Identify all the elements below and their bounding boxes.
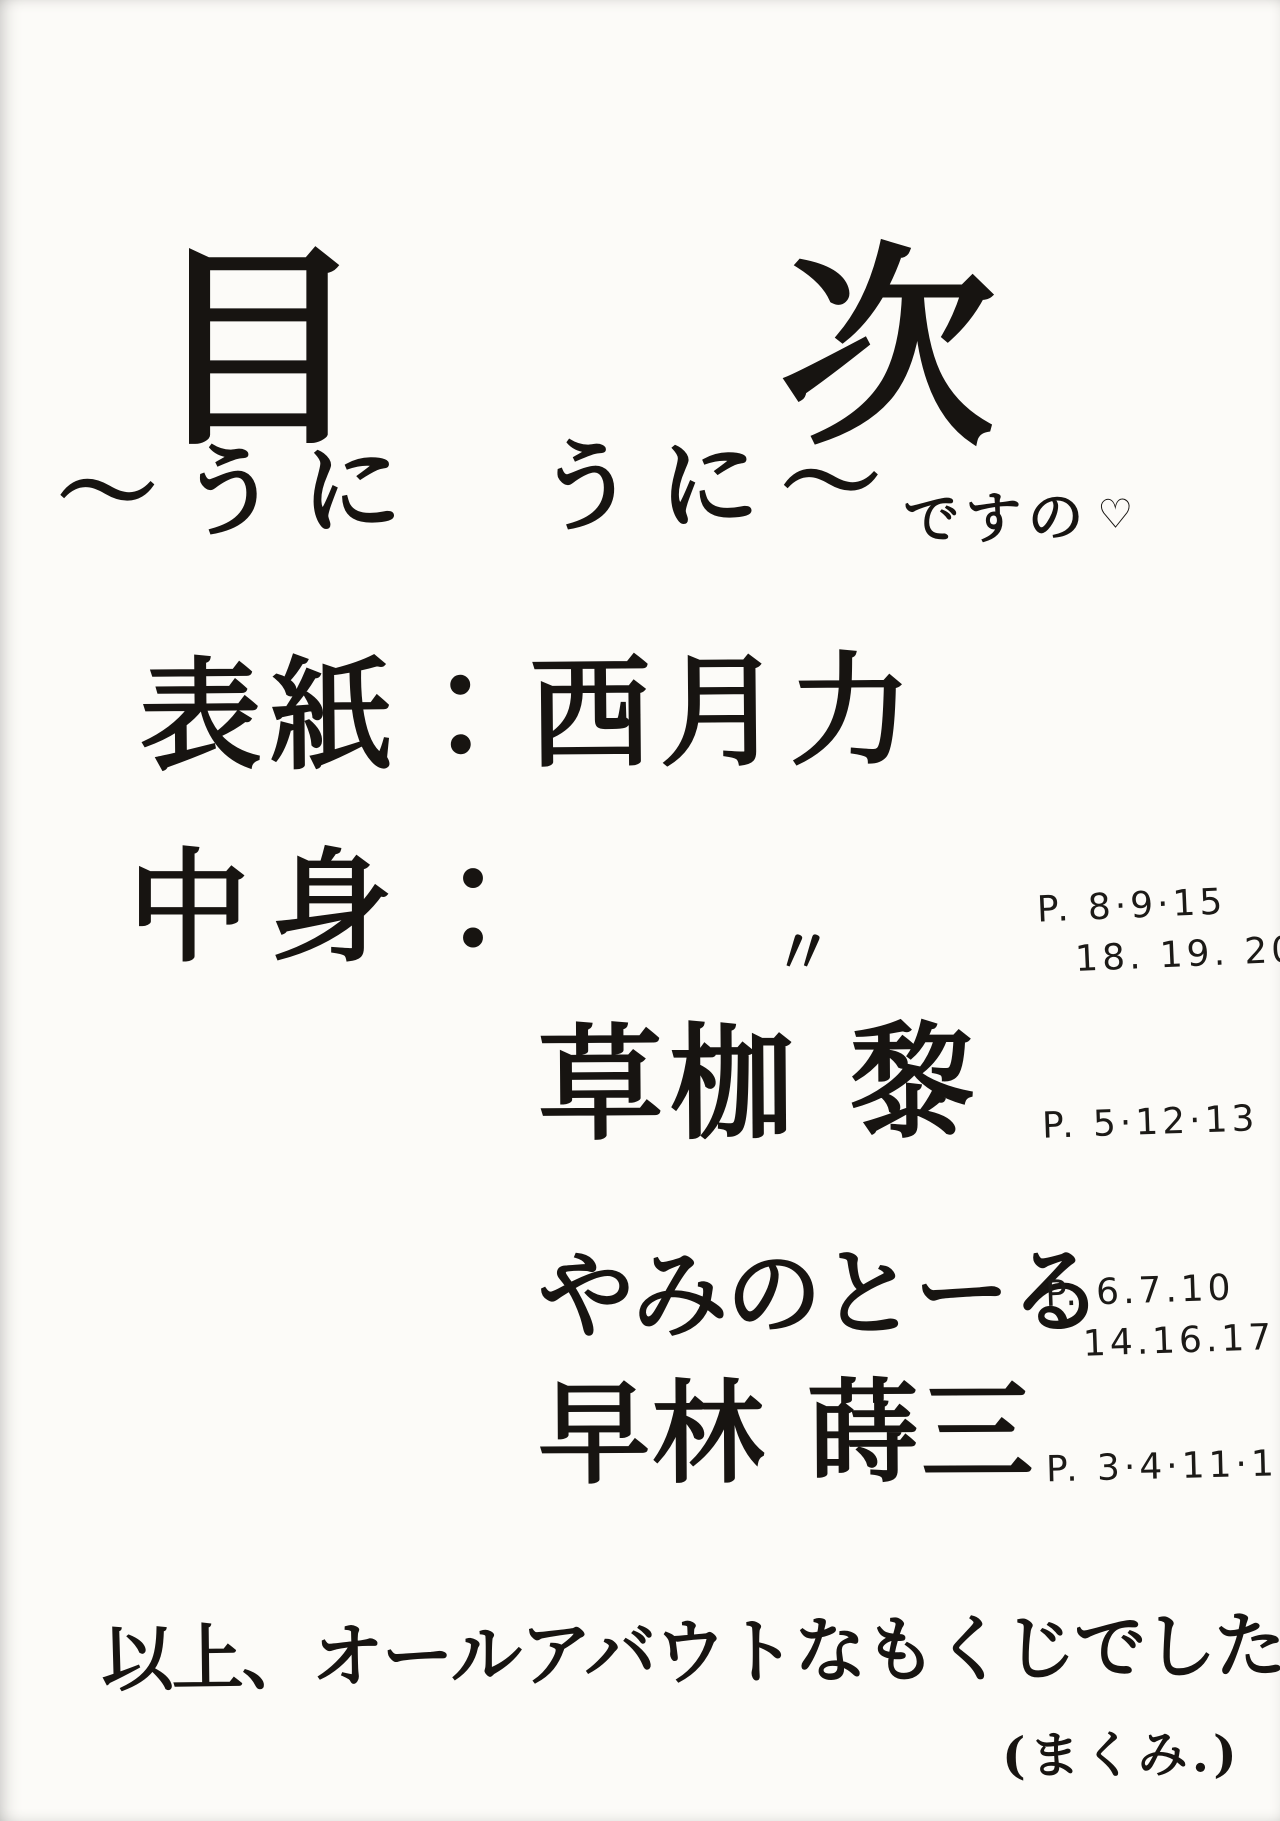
cover-artist-name: 西月力 [529, 638, 920, 785]
signature: (まくみ.) [1002, 1729, 1241, 1781]
series-title: ～うに うに～ [57, 423, 904, 553]
toc-scan-page: 目次 ～うに うに～ですの♡ 表紙：西月力 中身： 〃 P. 8·9·15 18… [0, 0, 1280, 1821]
series-title-suffix: ですの♡ [903, 483, 1140, 552]
page-numbers-line2: 18. 19. 20 [1038, 930, 1280, 983]
artist-name-yaminotooru: やみのとーる [538, 1244, 1103, 1345]
page-numbers-yaminotooru: P. 6.7.10 14.16.17 [1044, 1266, 1275, 1367]
ditto-mark: 〃 [772, 922, 834, 984]
page-numbers-line2: 14.16.17 [1046, 1317, 1276, 1366]
artist-name-hayabayashi: 早林 蒔三 [538, 1377, 1036, 1492]
page-numbers-line1: P. 5·12·13 [1041, 1098, 1259, 1147]
cover-label: 表紙： [139, 641, 530, 788]
page-numbers-line1: P. 6.7.10 [1044, 1266, 1274, 1315]
artist-name-kusakase: 草枷 黎 [538, 1020, 981, 1148]
page-numbers-line1: P. 3·4·11·12 [1046, 1443, 1280, 1491]
page-numbers-hayabayashi: P. 3·4·11·12 [1046, 1443, 1280, 1491]
suffix-text: ですの [903, 484, 1090, 553]
page-numbers-contents: P. 8·9·15 18. 19. 20 [1036, 878, 1280, 982]
page-numbers-kusakase: P. 5·12·13 [1041, 1098, 1259, 1147]
series-title-line: ～うに うに～ですの♡ [57, 428, 1141, 643]
heart-icon: ♡ [1097, 491, 1139, 538]
contents-label: 中身： [128, 846, 554, 968]
closing-text: 以上、オールアバウトなもくじでした [101, 1602, 1280, 1701]
page-numbers-line1: P. 8·9·15 [1036, 878, 1280, 931]
